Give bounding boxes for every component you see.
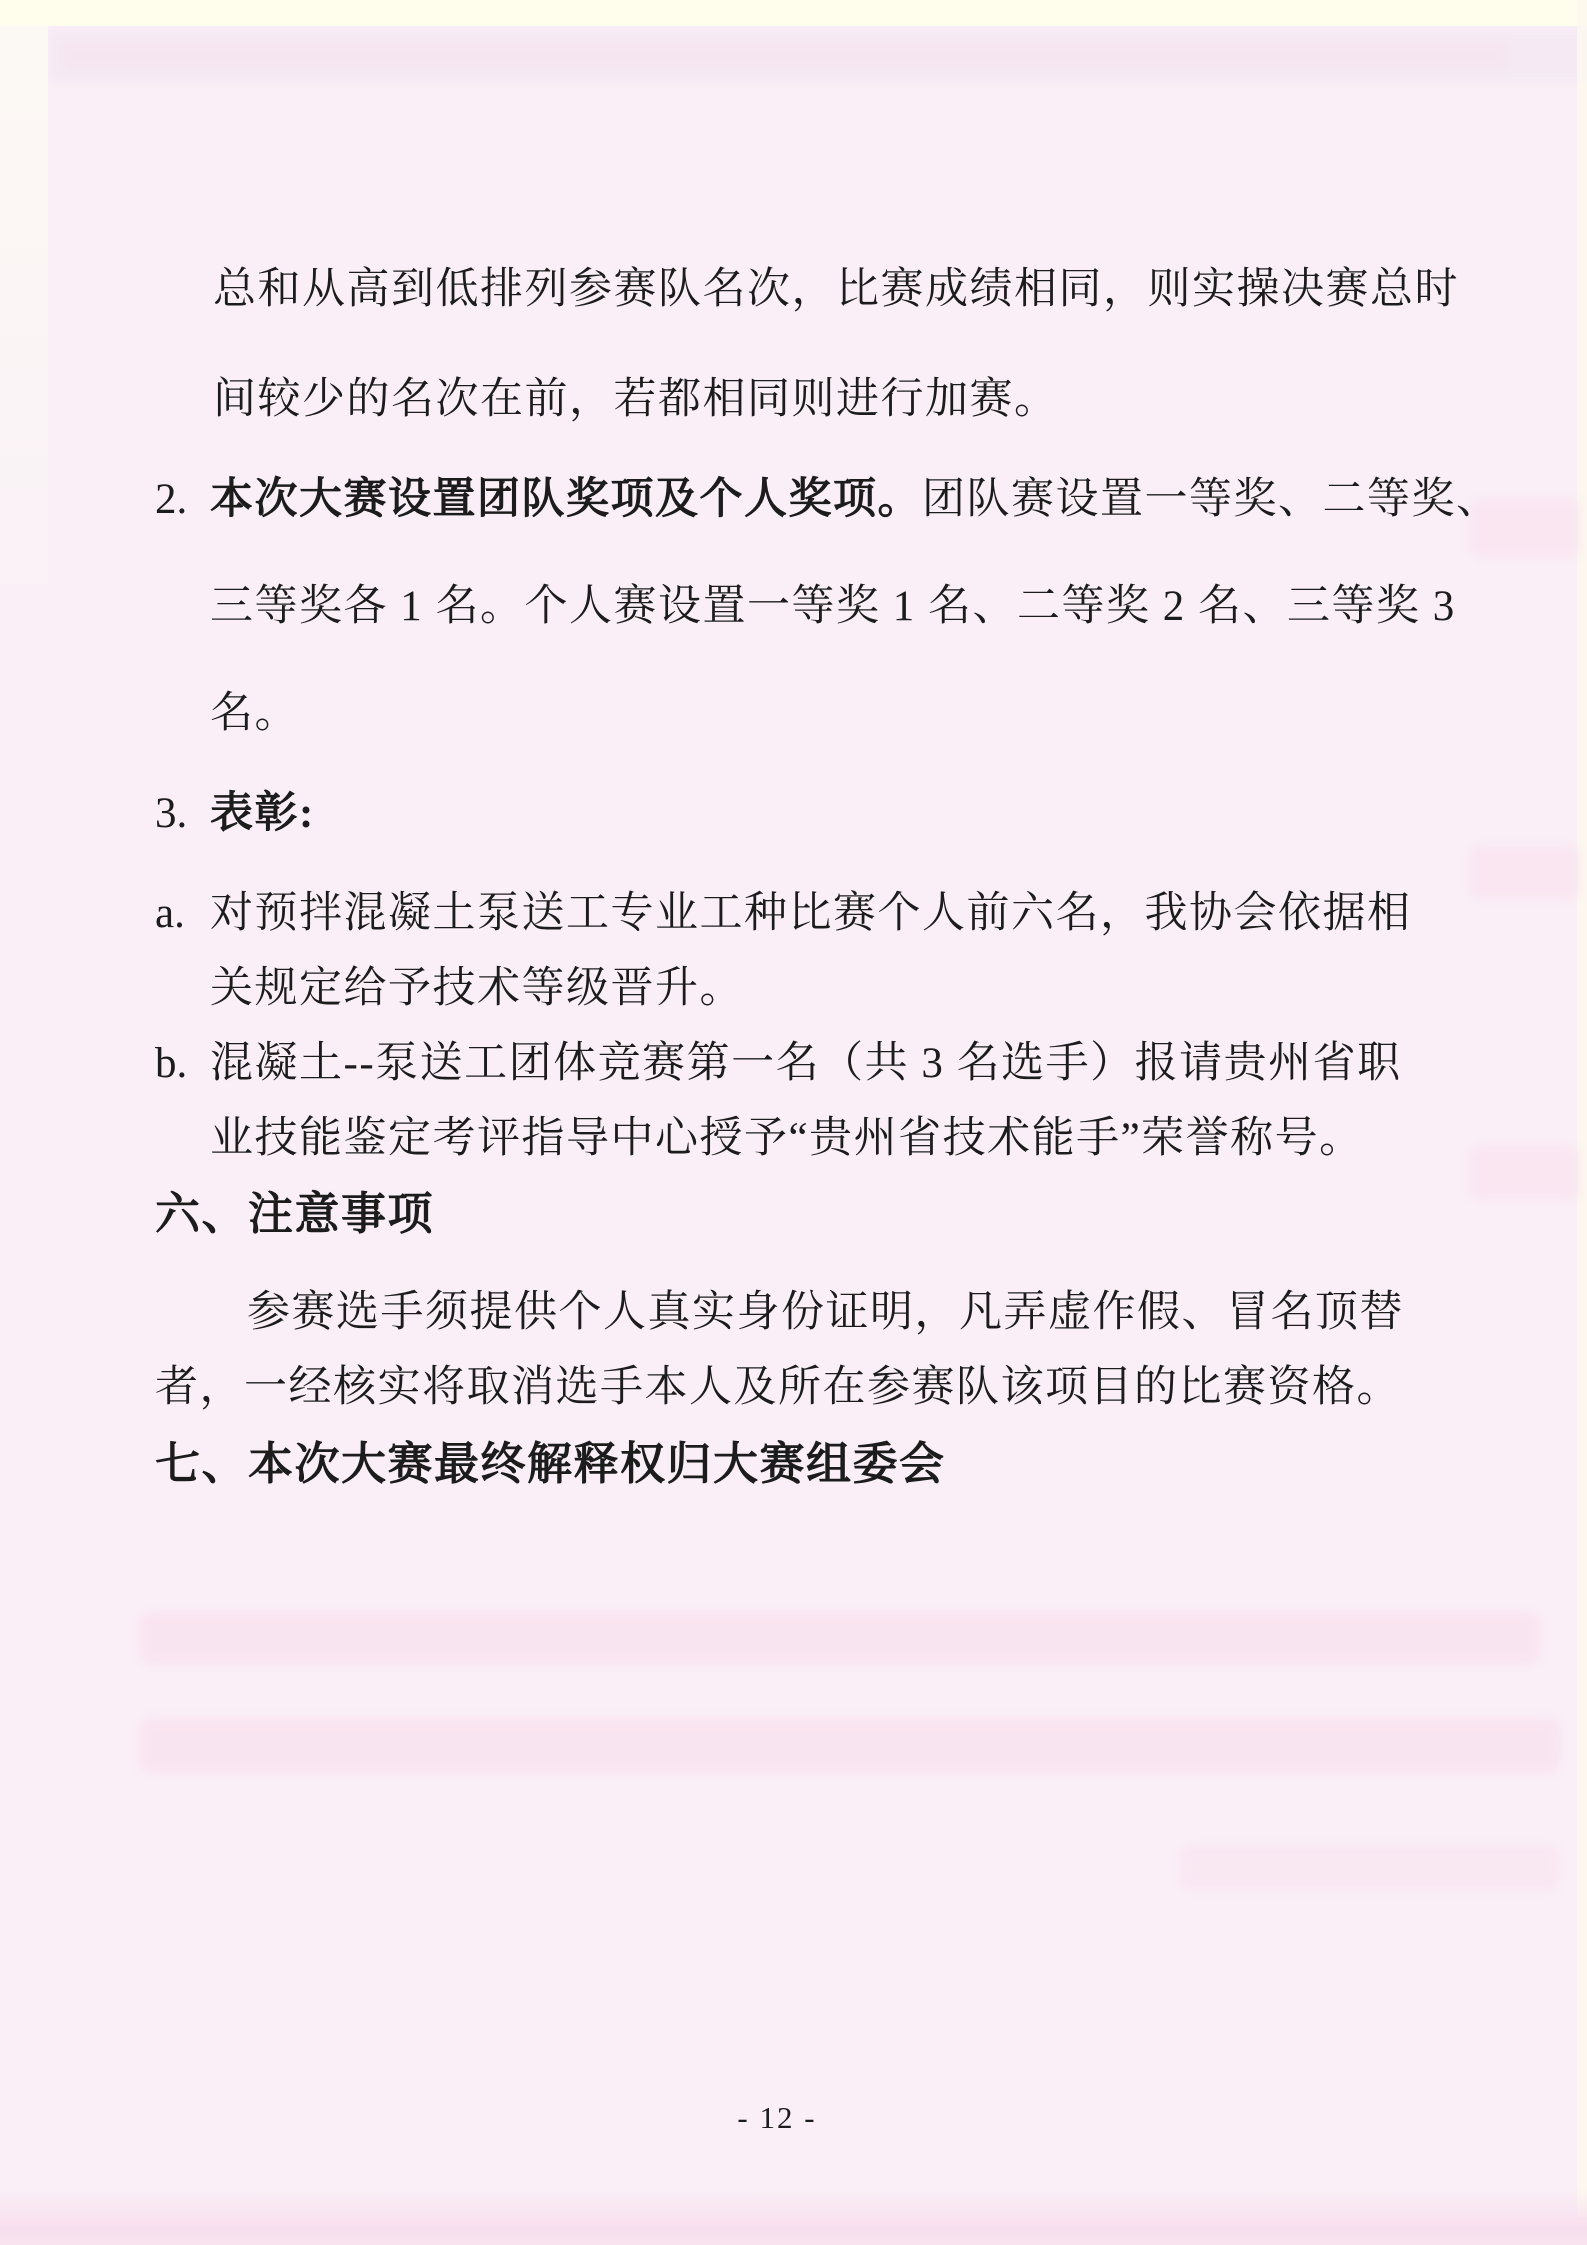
bleed-through-band	[140, 1718, 1560, 1773]
scan-edge-bottom	[0, 2190, 1587, 2245]
item-b-line-1: b.混凝土--泵送工团体竞赛第一名（共 3 名选手）报请贵州省职	[155, 1037, 1402, 1091]
bleed-through-spot	[1180, 1845, 1560, 1890]
notice-line-1: 参赛选手须提供个人真实身份证明，凡弄虚作假、冒名顶替	[247, 1286, 1404, 1340]
scan-edge-right	[1577, 0, 1587, 2245]
item-3-line: 3.表彰:	[155, 787, 315, 841]
item-a-line-1: a.对预拌混凝土泵送工专业工种比赛个人前六名，我协会依据相	[155, 887, 1412, 941]
item-a-text-1: 对预拌混凝土泵送工专业工种比赛个人前六名，我协会依据相	[210, 890, 1412, 937]
bleed-through-band	[60, 40, 1510, 70]
item-b-text-1: 混凝土--泵送工团体竞赛第一名（共 3 名选手）报请贵州省职	[210, 1040, 1402, 1087]
item-2-lead-bold: 本次大赛设置团队奖项及个人奖项。	[210, 476, 922, 523]
bleed-through-spot	[1470, 1145, 1580, 1200]
item-a-line-2: 关规定给予技术等级晋升。	[210, 962, 744, 1016]
item-a-marker: a.	[155, 887, 210, 941]
bleed-through-spot	[1470, 845, 1580, 900]
scan-edge-left	[0, 24, 48, 584]
item-2-line-3: 名。	[210, 687, 299, 741]
item-b-marker: b.	[155, 1037, 210, 1091]
item-3-title: 表彰:	[210, 790, 315, 837]
section-7-heading: 七、本次大赛最终解释权归大赛组委会	[155, 1436, 946, 1492]
section-6-heading: 六、注意事项	[155, 1186, 434, 1242]
item-3-marker: 3.	[155, 787, 210, 841]
item-2-line-1: 2.本次大赛设置团队奖项及个人奖项。团队赛设置一等奖、二等奖、	[155, 473, 1501, 527]
bleed-through-band	[140, 1612, 1540, 1664]
item-2-marker: 2.	[155, 473, 210, 527]
item-2-line-2: 三等奖各 1 名。个人赛设置一等奖 1 名、二等奖 2 名、三等奖 3	[210, 580, 1456, 634]
paragraph-carryover-line-1: 总和从高到低排列参赛队名次，比赛成绩相同，则实操决赛总时	[213, 263, 1459, 317]
item-2-lead-rest: 团队赛设置一等奖、二等奖、	[922, 476, 1501, 523]
item-b-line-2: 业技能鉴定考评指导中心授予“贵州省技术能手”荣誉称号。	[210, 1112, 1364, 1166]
notice-line-2: 者，一经核实将取消选手本人及所在参赛队该项目的比赛资格。	[155, 1361, 1401, 1415]
page-number: - 12 -	[0, 2100, 1554, 2136]
paragraph-carryover-line-2: 间较少的名次在前，若都相同则进行加赛。	[213, 373, 1059, 427]
scanned-document-page: 总和从高到低排列参赛队名次，比赛成绩相同，则实操决赛总时 间较少的名次在前，若都…	[0, 0, 1587, 2245]
scan-edge-top	[0, 0, 1587, 26]
